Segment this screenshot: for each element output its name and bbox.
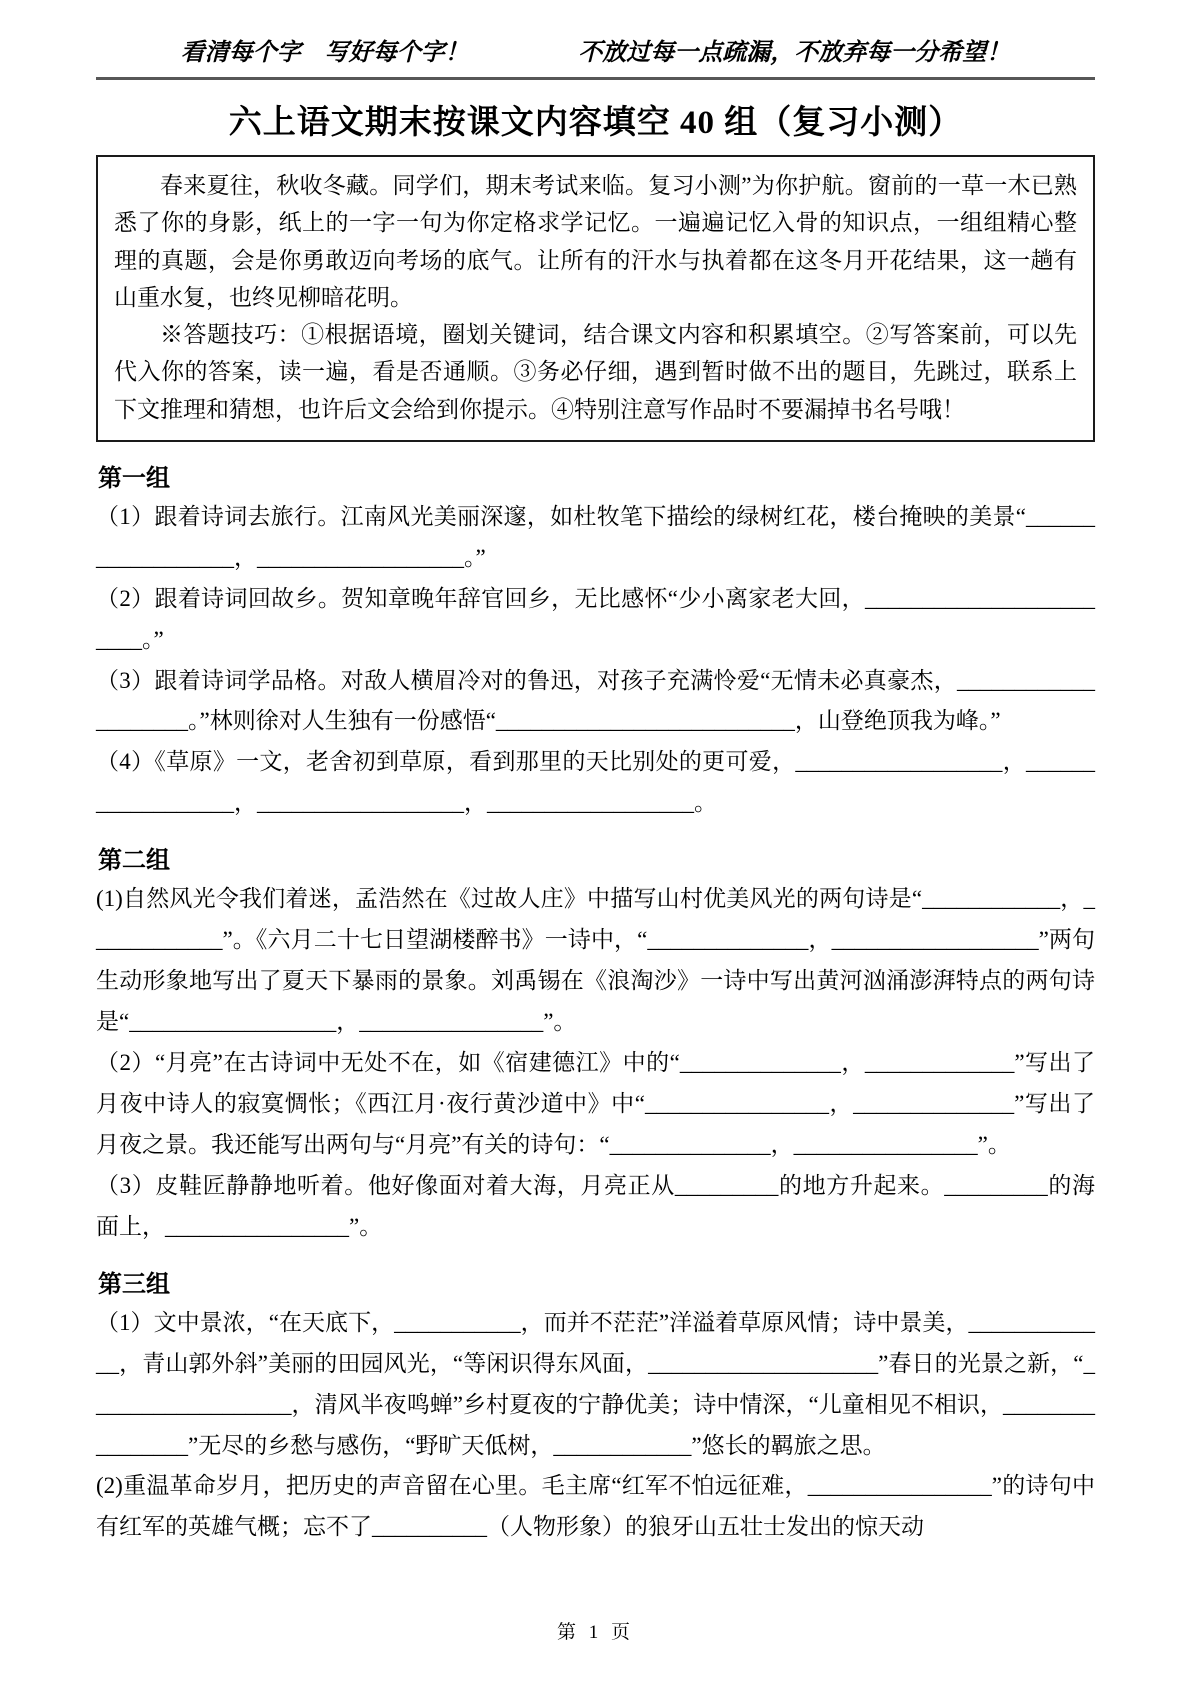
header-divider (96, 77, 1095, 80)
section-group-1: 第一组 （1）跟着诗词去旅行。江南风光美丽深邃，如杜牧笔下描绘的绿树红花，楼台掩… (96, 458, 1095, 825)
question-item: （1）跟着诗词去旅行。江南风光美丽深邃，如杜牧笔下描绘的绿树红花，楼台掩映的美景… (96, 497, 1095, 579)
question-item: （2）“月亮”在古诗词中无处不在，如《宿建德江》中的“_____________… (96, 1043, 1095, 1166)
section-heading: 第一组 (98, 458, 1095, 493)
slogan-left: 看清每个字 写好每个字！ (181, 32, 469, 67)
question-item: （1）文中景浓，“在天底下，___________，而并不茫茫”洋溢着草原风情；… (96, 1303, 1095, 1467)
question-item: （4）《草原》一文，老舍初到草原，看到那里的天比别处的更可爱，_________… (96, 742, 1095, 824)
intro-box: 春来夏往，秋收冬藏。同学们，期末考试来临。复习小测”为你护航。窗前的一草一木已熟… (96, 155, 1095, 442)
header-slogans: 看清每个字 写好每个字！ 不放过每一点疏漏，不放弃每一分希望！ (96, 26, 1095, 67)
section-heading: 第三组 (98, 1264, 1095, 1299)
slogan-right: 不放过每一点疏漏，不放弃每一分希望！ (578, 32, 1010, 67)
question-item: (1)自然风光令我们着迷，孟浩然在《过故人庄》中描写山村优美风光的两句诗是“__… (96, 879, 1095, 1043)
question-item: （3）跟着诗词学品格。对敌人横眉冷对的鲁迅，对孩子充满怜爱“无情未必真豪杰，__… (96, 661, 1095, 743)
page-number: 第 1 页 (557, 1622, 634, 1643)
question-sections: 第一组 （1）跟着诗词去旅行。江南风光美丽深邃，如杜牧笔下描绘的绿树红花，楼台掩… (96, 458, 1095, 1549)
worksheet-page: 看清每个字 写好每个字！ 不放过每一点疏漏，不放弃每一分希望！ 六上语文期末按课… (0, 0, 1191, 1548)
question-item: (2)重温革命岁月，把历史的声音留在心里。毛主席“红军不怕远征难，_______… (96, 1466, 1095, 1548)
intro-paragraph: 春来夏往，秋收冬藏。同学们，期末考试来临。复习小测”为你护航。窗前的一草一木已熟… (114, 167, 1077, 316)
section-group-3: 第三组 （1）文中景浓，“在天底下，___________，而并不茫茫”洋溢着草… (96, 1264, 1095, 1549)
page-footer: 第 1 页 (0, 1617, 1191, 1644)
section-heading: 第二组 (98, 840, 1095, 875)
intro-tips-paragraph: ※答题技巧：①根据语境，圈划关键词，结合课文内容和积累填空。②写答案前，可以先代… (114, 316, 1077, 428)
question-item: （3）皮鞋匠静静地听着。他好像面对着大海，月亮正从_________的地方升起来… (96, 1166, 1095, 1248)
page-title: 六上语文期末按课文内容填空 40 组（复习小测） (96, 96, 1095, 143)
question-item: （2）跟着诗词回故乡。贺知章晚年辞官回乡，无比感怀“少小离家老大回，______… (96, 579, 1095, 661)
section-group-2: 第二组 (1)自然风光令我们着迷，孟浩然在《过故人庄》中描写山村优美风光的两句诗… (96, 840, 1095, 1247)
